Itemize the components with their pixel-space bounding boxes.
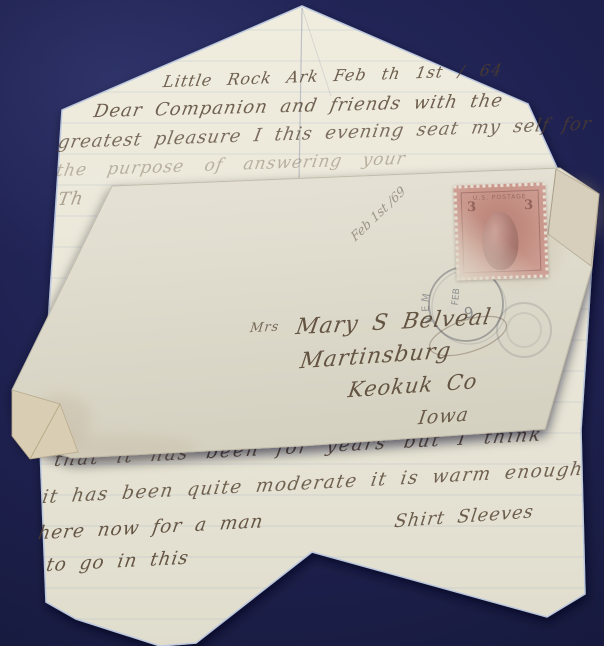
postage-stamp: U.S. POSTAGE 3 3 <box>453 182 548 280</box>
address-county: Keokuk Co <box>347 369 480 402</box>
photo-letter-and-envelope: Little Rock Ark Feb th 1st / 64 Dear Com… <box>0 0 604 646</box>
address-city: Martinsburg <box>298 338 453 374</box>
address-name: Mary S Belveal <box>294 305 493 340</box>
address-state: Iowa <box>417 403 471 429</box>
envelope-content-layer: Feb 1st /69 Mrs Mary S Belveal Martinsbu… <box>0 0 604 646</box>
pencil-docket-note: Feb 1st /69 <box>348 183 408 244</box>
stamp-worn-corner <box>453 182 548 280</box>
address-salutation: Mrs <box>249 319 280 336</box>
